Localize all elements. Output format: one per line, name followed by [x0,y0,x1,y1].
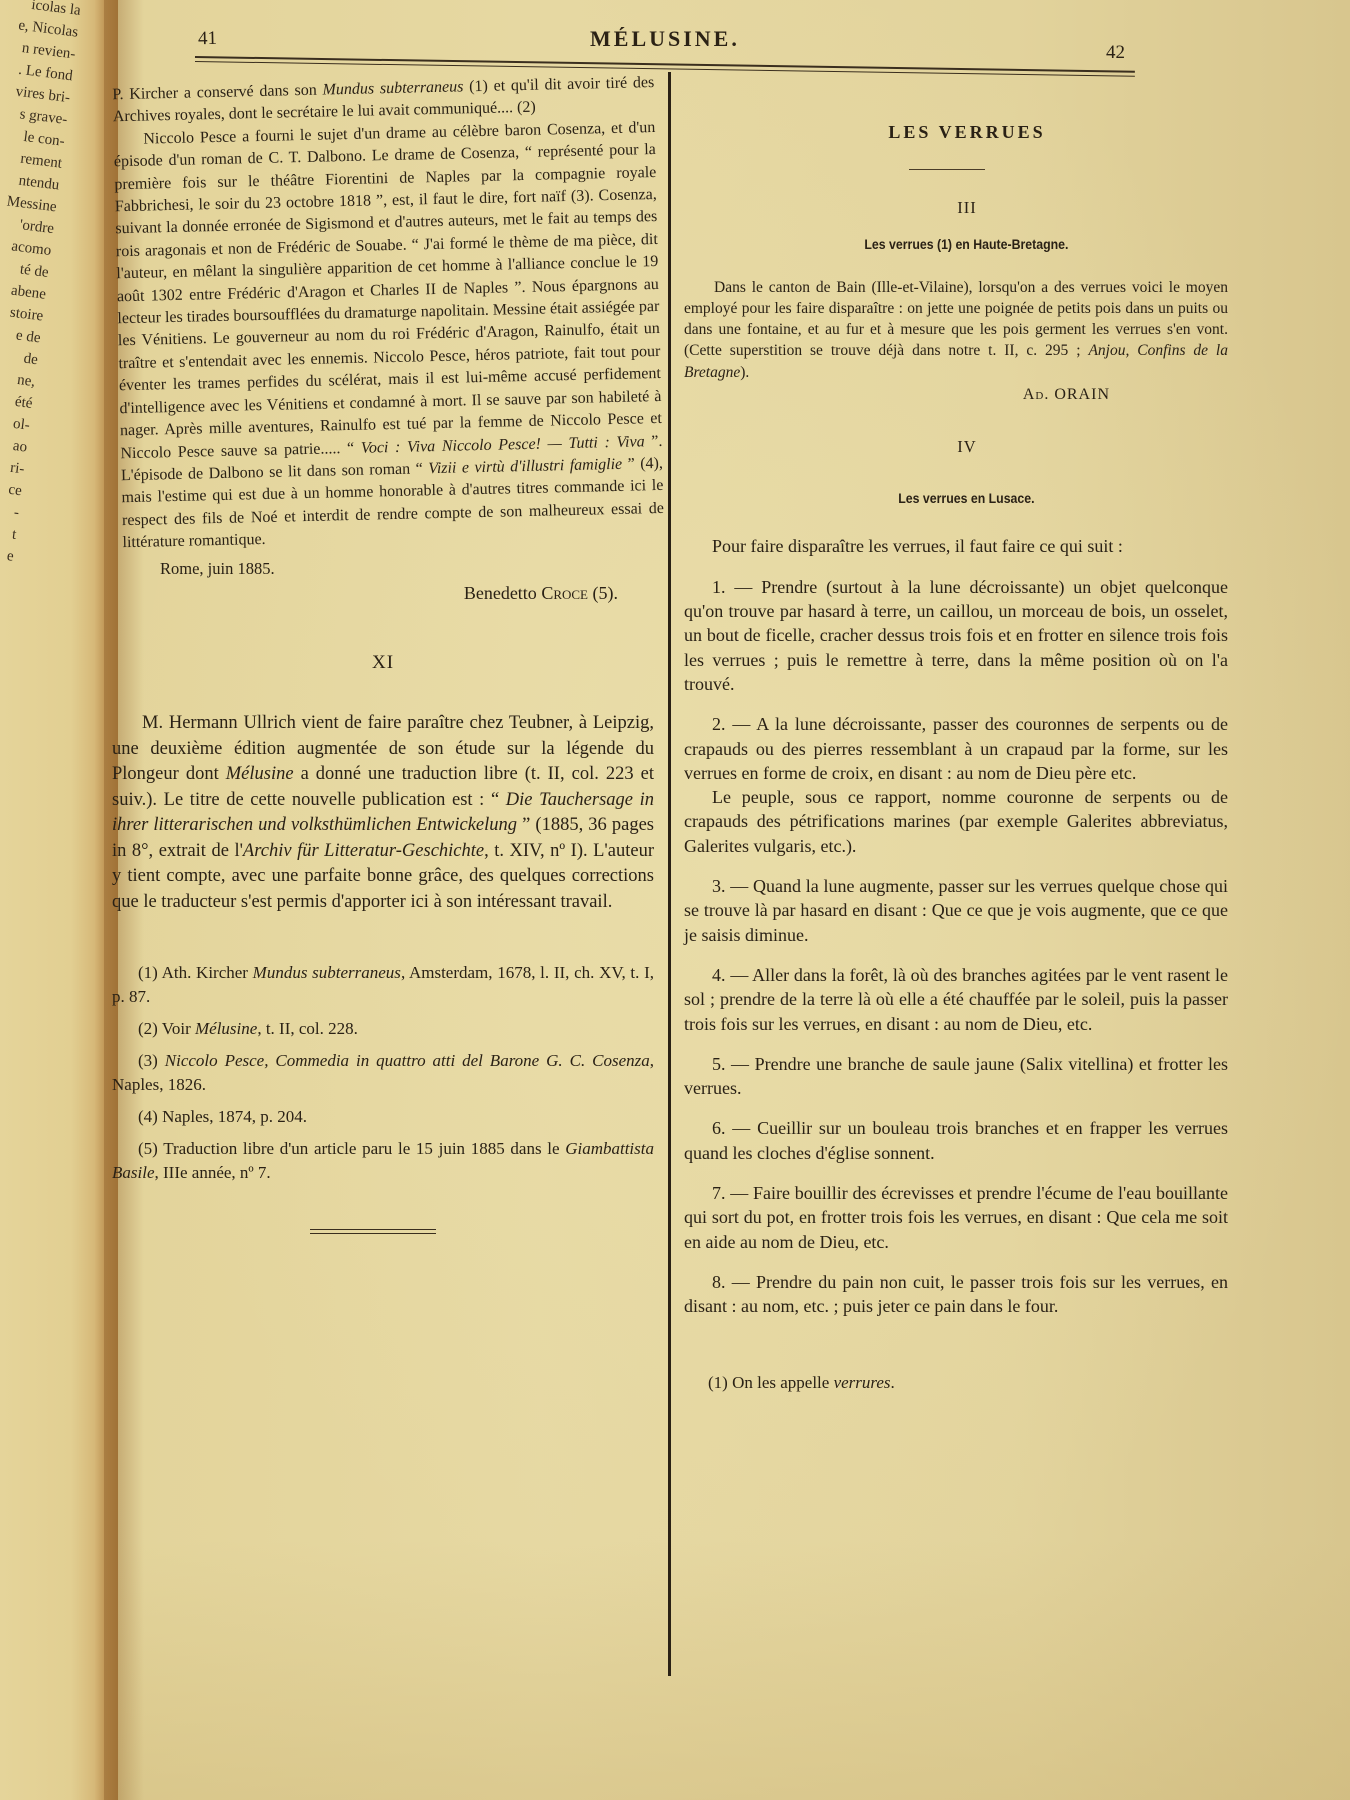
italic-title: Mélusine [226,764,294,784]
footnote-number: (5) [138,1139,163,1158]
facing-page-text: icolas la e, Nicolas n revien- . Le fond… [0,0,82,568]
footnote-verrures: (1) On les appelle verrures. [684,1371,1240,1396]
paragraph-bain: Dans le canton de Bain (Ille-et-Vilaine)… [684,277,1240,383]
paragraph-ullrich: M. Hermann Ullrich vient de faire paraît… [112,711,654,915]
section-heading-iv: IV [684,435,1240,460]
section-heading-iii: III [684,196,1240,221]
section-heading-xi: XI [112,651,654,675]
text: Traduction libre d'un article paru le 15… [163,1139,565,1158]
page-header: 41 MÉLUSINE. 42 [190,20,1140,80]
list-item: 6. — Cueillir sur un bouleau trois branc… [684,1116,1228,1165]
text: Niccolo Pesce a fourni le sujet d'un dra… [114,119,662,462]
footnote-number: (4) [138,1107,162,1126]
list-item: 1. — Prendre (surtout à la lune décroiss… [684,575,1228,696]
text: Ath. Kircher [162,963,253,982]
list-item: 7. — Faire bouillir des écrevisses et pr… [684,1181,1228,1254]
italic-title: Mélusine [195,1019,257,1038]
author-last-name: ORAIN [1054,386,1110,403]
left-column: P. Kircher a conservé dans son Mundus su… [112,72,654,1234]
article-title: LES VERRUES [684,120,1240,145]
text: , IIIe année, nº 7. [155,1163,271,1182]
page-number-left: 41 [198,28,217,50]
signature-orain: Ad. ORAIN [684,383,1240,408]
paragraph-niccolo-pesce: Niccolo Pesce a fourni le sujet d'un dra… [113,117,665,555]
subtitle-haute-bretagne: Les verrues (1) en Haute-Bretagne. [717,232,1206,257]
footnote-3: (3) Niccolo Pesce, Commedia in quattro a… [112,1049,654,1097]
title-rule [909,169,985,170]
text: P. Kircher a conservé dans son [112,82,323,104]
author-first-name: Benedetto [464,583,541,603]
text: . [891,1373,895,1392]
list-item: 3. — Quand la lune augmente, passer sur … [684,874,1228,947]
italic-quote: Voci : Viva Niccolo Pesce! — Tutti : Viv… [361,433,645,456]
italic-title: Mundus subterraneus [253,963,401,982]
remedies-list: Pour faire disparaître les verrues, il f… [684,534,1240,1318]
footnotes-left: (1) Ath. Kircher Mundus subterraneus, Am… [112,961,654,1185]
text: Voir [162,1019,195,1038]
facing-page-edge: icolas la e, Nicolas n revien- . Le fond… [0,0,118,1800]
footnote-number: (3) [138,1051,165,1070]
text: (1) On les appelle [708,1373,834,1392]
right-column: LES VERRUES III Les verrues (1) en Haute… [684,72,1240,1395]
subtitle-lusace: Les verrues en Lusace. [717,486,1206,511]
running-title: MÉLUSINE. [590,26,740,52]
author-first-name: Ad. [1023,386,1050,403]
upper-warped-text: P. Kircher a conservé dans son Mundus su… [112,72,665,555]
list-item: 4. — Aller dans la forêt, là où des bran… [684,963,1228,1036]
intro-paragraph: Pour faire disparaître les verrues, il f… [684,534,1228,558]
italic-title: Niccolo Pesce, Commedia in quattro atti … [165,1051,650,1070]
list-item: 5. — Prendre une branche de saule jaune … [684,1052,1228,1101]
footnote-number: (1) [138,963,162,982]
column-divider [668,72,671,1676]
footnote-4: (4) Naples, 1874, p. 204. [112,1105,654,1129]
end-ornament-rule [310,1229,436,1234]
page-number-right: 42 [1106,42,1125,64]
list-item: 8. — Prendre du pain non cuit, le passer… [684,1270,1228,1319]
text: ). [740,364,749,381]
text: Naples, 1874, p. 204. [162,1107,307,1126]
list-item-continuation: Le peuple, sous ce rapport, nomme couron… [684,785,1228,858]
italic-word: verrures [834,1373,891,1392]
dateline: Rome, juin 1885. [112,557,654,581]
footnote-1: (1) Ath. Kircher Mundus subterraneus, Am… [112,961,654,1009]
footnote-number: (2) [138,1019,162,1038]
italic-title: Vizii e virtù d'illustri famiglie [428,456,622,477]
italic-title: Archiv für Litteratur-Geschichte [243,841,484,861]
italic-title: Mundus subterraneus [322,78,463,98]
signature-croce: Benedetto Croce (5). [112,581,654,605]
footnote-2: (2) Voir Mélusine, t. II, col. 228. [112,1017,654,1041]
text: , t. II, col. 228. [257,1019,358,1038]
footnote-ref: (5). [588,583,618,603]
list-item: 2. — A la lune décroissante, passer des … [684,712,1228,785]
footnote-5: (5) Traduction libre d'un article paru l… [112,1137,654,1185]
author-last-name: Croce [541,583,588,603]
